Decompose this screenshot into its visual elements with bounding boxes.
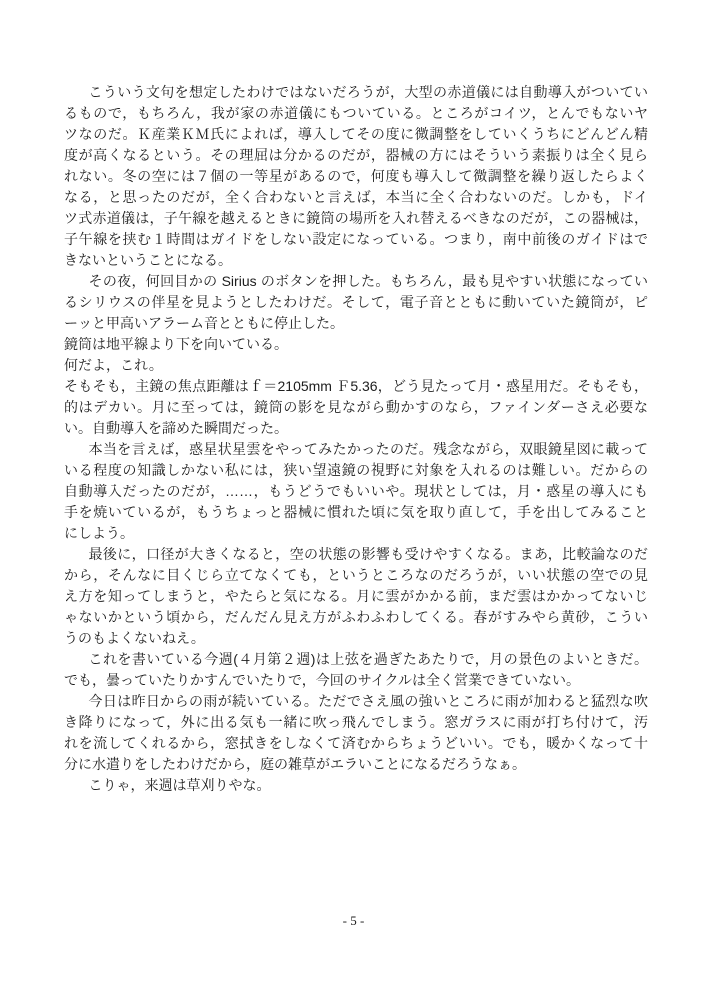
paragraph: 本当を言えば，惑星状星雲をやってみたかったのだ。残念ながら，双眼鏡星図に載って … bbox=[64, 439, 648, 544]
paragraph: 最後に，口径が大きくなると，空の状態の影響も受けやすくなる。まあ，比較論なのだ … bbox=[64, 544, 648, 649]
text-line: 的はデカい。月に至っては，鏡筒の影を見ながら動かすのなら，ファインダーさえ必要な bbox=[64, 397, 648, 418]
text-line: え方を知ってしまうと，やたらと気になる。月に雲がかかる前，まだ雲はかかってないじ bbox=[64, 586, 648, 607]
document-page: こういう文句を想定したわけではないだろうが，大型の赤道儀には自動導入がついてい … bbox=[0, 0, 707, 1000]
text-line: るもので，もちろん，我が家の赤道儀にもついている。ところがコイツ，とんでもないヤ bbox=[64, 103, 648, 124]
text-line: 今日は昨日からの雨が続いている。ただでさえ風の強いところに雨が加わると猛烈な吹 bbox=[64, 691, 648, 712]
text-line: でも，曇っていたりかすんでいたりで，今回のサイクルは全く営業できていない。 bbox=[64, 670, 648, 691]
text-line: から，そんなに目くじら立てなくても，というところなのだろうが，いい状態の空での見 bbox=[64, 565, 648, 586]
text-line: ツ式赤道儀は，子午線を越えるときに鏡筒の場所を入れ替えるべきなのだが，この器械は… bbox=[64, 208, 648, 229]
text-line: 自動導入だったのだが，……，もうどうでもいいや。現状としては，月・惑星の導入にも bbox=[64, 481, 648, 502]
text-line: 本当を言えば，惑星状星雲をやってみたかったのだ。残念ながら，双眼鏡星図に載って bbox=[64, 439, 648, 460]
paragraph: これを書いている今週(４月第２週)は上弦を過ぎたあたりで，月の景色のよいときだ。… bbox=[64, 649, 648, 691]
text-line: るシリウスの伴星を見ようとしたわけだ。そして，電子音とともに動いていた鏡筒が，ピ bbox=[64, 292, 648, 313]
document-body: こういう文句を想定したわけではないだろうが，大型の赤道儀には自動導入がついてい … bbox=[64, 82, 648, 796]
text-line: いる程度の知識しかない私には，狭い望遠鏡の視野に対象を入れるのは難しい。だからの bbox=[64, 460, 648, 481]
text-line: 何だよ，これ。 bbox=[64, 355, 648, 376]
text-line: 分に水遣りをしたわけだから，庭の雑草がエラいことになるだろうなぁ。 bbox=[64, 754, 648, 775]
text-line: これを書いている今週(４月第２週)は上弦を過ぎたあたりで，月の景色のよいときだ。 bbox=[64, 649, 648, 670]
text-line: 鏡筒は地平線より下を向いている。 bbox=[64, 334, 648, 355]
text-line: ツなのだ。Ｋ産業ＫＭ氏によれば，導入してその度に微調整をしていくうちにどんどん精 bbox=[64, 124, 648, 145]
paragraph: 鏡筒は地平線より下を向いている。 bbox=[64, 334, 648, 355]
text-line: うのもよくないねえ。 bbox=[64, 628, 648, 649]
text-line: い。自動導入を諦めた瞬間だった。 bbox=[64, 418, 648, 439]
text-line: その夜，何回目かの Sirius のボタンを押した。もちろん，最も見やすい状態に… bbox=[64, 271, 648, 292]
text-line: にしよう。 bbox=[64, 523, 648, 544]
text-line: き降りになって，外に出る気も一緒に吹っ飛んでしまう。窓ガラスに雨が打ち付けて，汚 bbox=[64, 712, 648, 733]
text-line: ーッと甲高いアラーム音とともに停止した。 bbox=[64, 313, 648, 334]
text-line: 度が高くなるという。その理屈は分かるのだが，器械の方にはそういう素振りは全く見ら bbox=[64, 145, 648, 166]
text-line: 手を焼いているが，もうちょっと器械に慣れた頃に気を取り直して，手を出してみること bbox=[64, 502, 648, 523]
text-line: そもそも，主鏡の焦点距離はｆ＝2105mm Ｆ5.36，どう見たって月・惑星用だ… bbox=[64, 376, 648, 397]
text-line: 最後に，口径が大きくなると，空の状態の影響も受けやすくなる。まあ，比較論なのだ bbox=[64, 544, 648, 565]
text-line: こういう文句を想定したわけではないだろうが，大型の赤道儀には自動導入がついてい bbox=[64, 82, 648, 103]
text-line: ゃないかという頃から，だんだん見え方がふわふわしてくる。春がすみやら黄砂，こうい bbox=[64, 607, 648, 628]
text-line: れを流してくれるから，窓拭きをしなくて済むからちょうどいい。でも，暖かくなって十 bbox=[64, 733, 648, 754]
page-number: - 5 - bbox=[0, 913, 707, 929]
paragraph: こりゃ，来週は草刈りやな。 bbox=[64, 775, 648, 796]
paragraph: 何だよ，これ。 bbox=[64, 355, 648, 376]
text-line: こりゃ，来週は草刈りやな。 bbox=[64, 775, 648, 796]
paragraph: こういう文句を想定したわけではないだろうが，大型の赤道儀には自動導入がついてい … bbox=[64, 82, 648, 271]
text-line: れない。冬の空には７個の一等星があるので，何度も導入して微調整を繰り返したらよく bbox=[64, 166, 648, 187]
text-line: 子午線を挟む１時間はガイドをしない設定になっている。つまり，南中前後のガイドはで bbox=[64, 229, 648, 250]
text-line: きないということになる。 bbox=[64, 250, 648, 271]
paragraph: そもそも，主鏡の焦点距離はｆ＝2105mm Ｆ5.36，どう見たって月・惑星用だ… bbox=[64, 376, 648, 439]
paragraph: その夜，何回目かの Sirius のボタンを押した。もちろん，最も見やすい状態に… bbox=[64, 271, 648, 334]
paragraph: 今日は昨日からの雨が続いている。ただでさえ風の強いところに雨が加わると猛烈な吹 … bbox=[64, 691, 648, 775]
text-line: なる，と思ったのだが，全く合わないと言えば，本当に全く合わないのだ。しかも，ドイ bbox=[64, 187, 648, 208]
